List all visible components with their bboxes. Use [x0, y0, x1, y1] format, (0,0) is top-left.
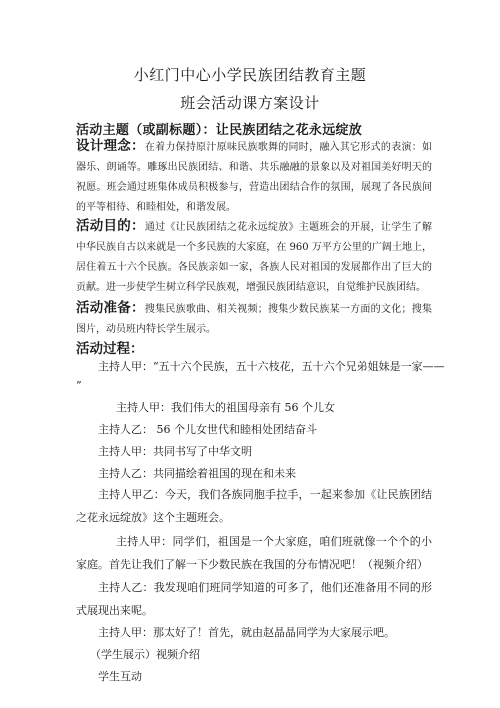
activity-goal-section: 活动目的：通过《让民族团结之花永远绽放》主题班会的开展，让学生了解中华民族自古以… [76, 216, 432, 298]
process-line: 主持人甲：共同书写了中华文明 [98, 442, 252, 462]
activity-prep-section: 活动准备：搜集民族歌曲、相关视频；搜集少数民族某一方面的文化；搜集图片，动员班内… [76, 298, 432, 340]
process-line: 主持人甲：“五十六个民族，五十六枝花，五十六个兄弟姐妹是一家—— [98, 357, 445, 377]
process-line: 主持人乙： 56 个儿女世代和睦相处团结奋斗 [98, 420, 317, 440]
activity-goal-heading: 活动目的： [76, 218, 145, 234]
design-concept-heading: 设计理念： [76, 138, 145, 154]
activity-process-heading: 活动过程： [76, 337, 144, 357]
document-page: 小红门中心小学民族团结教育主题 班会活动课方案设计 活动主题（或副标题）：让民族… [0, 0, 500, 708]
design-concept-section: 设计理念：在着力保持原汁原味民族歌舞的同时，融入其它形式的表演：如器乐、朗诵等。… [76, 136, 432, 218]
process-line: ” [76, 376, 82, 396]
process-line: 主持人甲：那太好了！首先，就由赵晶晶同学为大家展示吧。 [98, 623, 395, 643]
process-line: 主持人甲：我们伟大的祖国母亲有 56 个儿女 [116, 398, 335, 418]
activity-prep-heading: 活动准备： [76, 300, 145, 316]
document-title-line2: 班会活动课方案设计 [0, 92, 500, 113]
process-line: 主持人乙：共同描绘着祖国的现在和未来 [98, 464, 296, 484]
process-line: （学生展示）视频介绍 [90, 645, 200, 665]
process-line: 学生互动 [98, 667, 142, 687]
process-paragraph: 主持人甲：同学们，祖国是一个大家庭，咱们班就像一个个的小家庭。首先让我们了解一下… [76, 530, 432, 576]
process-paragraph: 主持人甲乙：今天，我们各族同胞手拉手，一起来参加《让民族团结之花永远绽放》这个主… [76, 483, 432, 529]
document-title: 小红门中心小学民族团结教育主题 [0, 64, 500, 85]
process-paragraph: 主持人乙：我发现咱们班同学知道的可多了，他们还准备用不同的形式展现出来呢。 [76, 576, 432, 622]
